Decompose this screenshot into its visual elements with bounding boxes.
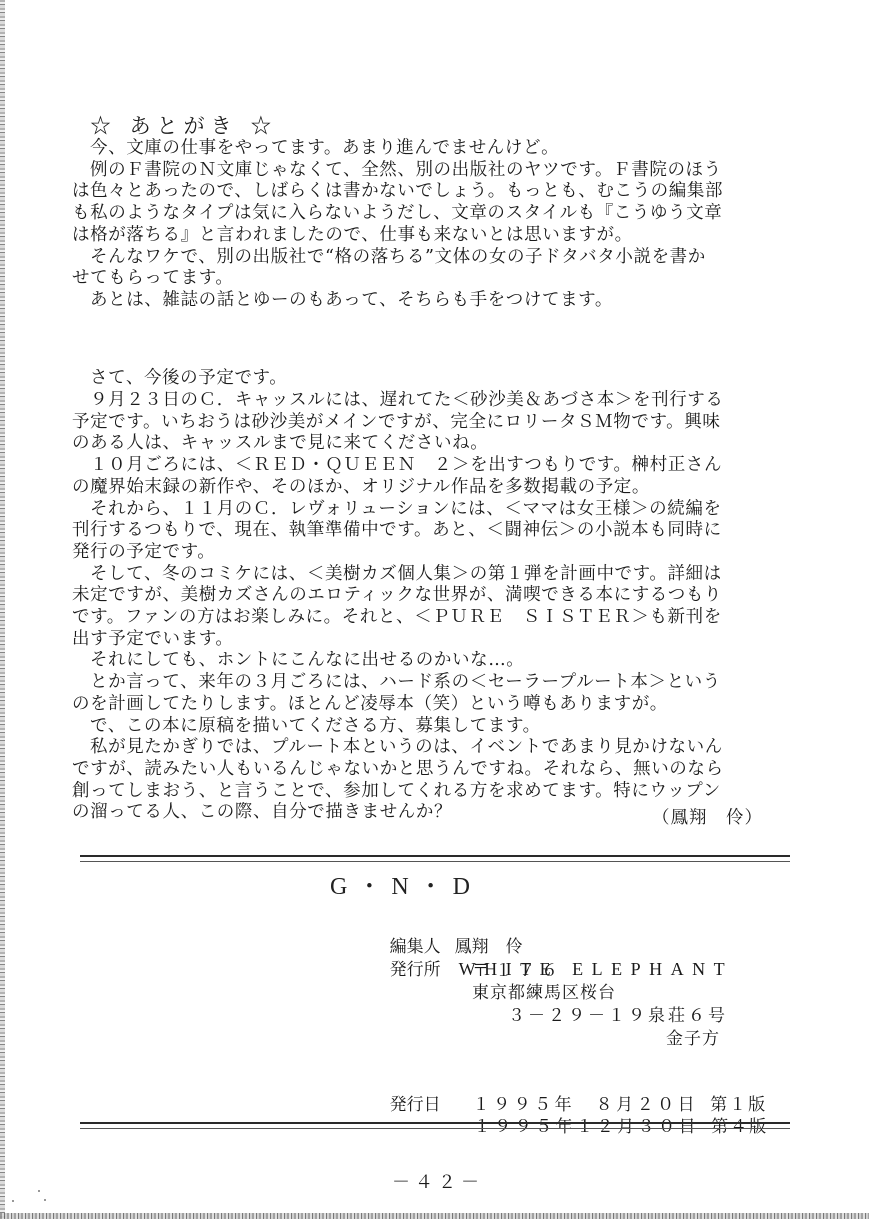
text-line: のを計画してたりします。ほとんど凌辱本（笑）という噂もありますが。 (72, 694, 792, 716)
text-line: それから、１１月のＣ．レヴォリューションには、＜ママは女王様＞の続編を (72, 499, 792, 521)
text-line: あとは、雑誌の話とゆーのもあって、そちらも手をつけてます。 (72, 290, 792, 312)
postal-code: 〒１７６ (472, 960, 564, 982)
address-line-3: 金子方 (666, 1028, 720, 1050)
divider-bottom (80, 1122, 790, 1129)
text-line: は格が落ちる』と言われましたので、仕事も来ないとは思いますが。 (72, 225, 792, 247)
text-line: です。ファンの方はお楽しみに。それと、＜ＰＵＲＥ ＳＩＳＴＥＲ＞も新刊を (72, 607, 792, 629)
page-number: －４２－ (392, 1168, 484, 1194)
text-line: 例のＦ書院のＮ文庫じゃなくて、全然、別の出版社のヤツです。Ｆ書院のほう (72, 160, 792, 182)
address-line-1: 東京都練馬区桜台 (472, 982, 616, 1004)
text-line: とか言って、来年の３月ごろには、ハード系の＜セーラープルート本＞という (72, 672, 792, 694)
text-line: さて、今後の予定です。 (72, 368, 792, 390)
scan-speck (38, 1190, 40, 1192)
blank-line (72, 329, 792, 351)
author-signature: （鳳翔 伶） (652, 804, 763, 829)
text-line: ですが、読みたい人もいるんじゃないかと思うんですね。それなら、無いのなら (72, 759, 792, 781)
scan-speck (44, 1199, 46, 1201)
text-line: 刊行するつもりで、現在、執筆準備中です。あと、＜闘神伝＞の小説本も同時に (72, 520, 792, 542)
divider-top (80, 855, 790, 862)
text-line: 私が見たかぎりでは、プルート本というのは、イベントであまり見かけないん (72, 737, 792, 759)
afterword-title: ☆ あとがき ☆ (72, 114, 792, 138)
scan-border-bottom (0, 1213, 869, 1219)
scan-border-left (0, 0, 5, 1219)
text-line: の魔界始末録の新作や、そのほか、オリジナル作品を多数掲載の予定。 (72, 477, 792, 499)
colophon: 編集人鳳翔 伶 発行所WHITE ELEPHANT 〒１７６ 東京都練馬区桜台 … (368, 914, 379, 1134)
text-line: 創ってしまおう、と言うことで、参加してくれる方を求めてます。特にウップン (72, 781, 792, 803)
date-label: 発行日 (390, 1095, 441, 1115)
text-line: 今、文庫の仕事をやってます。あまり進んでませんけど。 (72, 138, 792, 160)
publisher-label: 発行所 (390, 960, 441, 980)
text-line: は色々とあったので、しばらくは書かないでしょう。もっとも、むこうの編集部 (72, 181, 792, 203)
circle-logo: G・N・D (330, 866, 530, 901)
scan-speck (12, 1200, 14, 1202)
afterword-section: ☆ あとがき ☆ 今、文庫の仕事をやってます。あまり進んでませんけど。例のＦ書院… (72, 114, 792, 824)
text-line: 予定です。いちおうは砂沙美がメインですが、完全にロリータＳＭ物です。興味 (72, 412, 792, 434)
text-line: のある人は、キャッスルまで見に来てくださいね。 (72, 433, 792, 455)
text-line: それにしても、ホントにこんなに出せるのかいな…。 (72, 650, 792, 672)
text-line: 出す予定でいます。 (72, 629, 792, 651)
text-line: 発行の予定です。 (72, 542, 792, 564)
text-line: 未定ですが、美樹カズさんのエロティックな世界が、満喫できる本にするつもり (72, 585, 792, 607)
text-line: で、この本に原稿を描いてくださる方、募集してます。 (72, 716, 792, 738)
text-line: も私のようなタイプは気に入らないようだし、文章のスタイルも『こうゆう文章 (72, 203, 792, 225)
text-line: せてもらってます。 (72, 268, 792, 290)
text-line: そんなワケで、別の出版社で“格の落ちる”文体の女の子ドタバタ小説を書か (72, 247, 792, 269)
address-line-2: ３－２９－１９泉荘６号 (508, 1005, 728, 1027)
afterword-body: 今、文庫の仕事をやってます。あまり進んでませんけど。例のＦ書院のＮ文庫じゃなくて… (72, 138, 792, 824)
text-line: そして、冬のコミケには、＜美樹カズ個人集＞の第１弾を計画中です。詳細は (72, 564, 792, 586)
text-line: １０月ごろには、＜ＲＥＤ・ＱＵＥＥＮ ２＞を出すつもりです。榊村正さん (72, 455, 792, 477)
text-line: ９月２３日のＣ．キャッスルには、遅れてた＜砂沙美＆あづさ本＞を刊行する (72, 390, 792, 412)
